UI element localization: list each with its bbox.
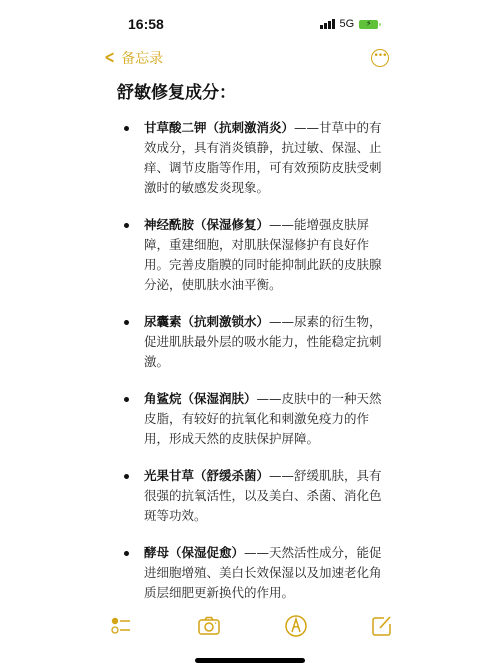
ingredient-list: 甘草酸二钾（抗刺激消炎）——甘草中的有效成分，具有消炎镇静，抗过敏、保湿、止痒、… bbox=[124, 118, 384, 620]
item-name: 尿囊素（抗刺激锁水） bbox=[144, 314, 269, 329]
list-item: 光果甘草（舒缓杀菌）——舒缓肌肤，具有很强的抗氧活性，以及美白、杀菌、消化色斑等… bbox=[124, 466, 384, 526]
item-name: 酵母（保湿促愈） bbox=[144, 545, 244, 560]
markup-button[interactable] bbox=[284, 614, 308, 638]
list-item: 神经酰胺（保湿修复）——能增强皮肤屏障，重建细胞，对肌肤保湿修护有良好作用。完善… bbox=[124, 215, 384, 295]
chevron-left-icon: < bbox=[104, 49, 115, 67]
status-time: 16:58 bbox=[128, 16, 164, 32]
battery-charging-icon: ⚡ bbox=[359, 20, 378, 29]
bullet-icon bbox=[124, 126, 129, 131]
list-item: 角鲨烷（保湿润肤）——皮肤中的一种天然皮脂，有较好的抗氧化和刺激免疫力的作用，形… bbox=[124, 389, 384, 449]
markup-pen-icon bbox=[284, 614, 308, 638]
bottom-toolbar bbox=[0, 614, 500, 640]
bullet-icon bbox=[124, 223, 129, 228]
camera-icon bbox=[197, 614, 221, 638]
back-button[interactable]: < 备忘录 bbox=[102, 48, 163, 68]
bullet-icon bbox=[124, 320, 129, 325]
compose-button[interactable] bbox=[370, 614, 394, 638]
bullet-icon bbox=[124, 397, 129, 402]
status-indicators: 5G ⚡ bbox=[320, 18, 378, 30]
item-name: 角鲨烷（保湿润肤） bbox=[144, 391, 257, 406]
item-name: 光果甘草（舒缓杀菌） bbox=[144, 468, 269, 483]
checklist-icon bbox=[110, 614, 134, 638]
item-name: 甘草酸二钾（抗刺激消炎） bbox=[144, 120, 294, 135]
status-bar: 16:58 5G ⚡ bbox=[0, 14, 500, 36]
nav-bar: < 备忘录 ••• bbox=[0, 48, 500, 70]
list-item: 尿囊素（抗刺激锁水）——尿素的衍生物，促进肌肤最外层的吸水能力，性能稳定抗刺激。 bbox=[124, 312, 384, 372]
checklist-button[interactable] bbox=[110, 614, 134, 638]
note-title: 舒敏修复成分： bbox=[117, 78, 236, 103]
more-button[interactable]: ••• bbox=[371, 49, 389, 67]
bullet-icon bbox=[124, 474, 129, 479]
ellipsis-icon: ••• bbox=[374, 52, 387, 61]
back-label: 备忘录 bbox=[121, 48, 163, 68]
list-item: 甘草酸二钾（抗刺激消炎）——甘草中的有效成分，具有消炎镇静，抗过敏、保湿、止痒、… bbox=[124, 118, 384, 198]
signal-bars-icon bbox=[320, 19, 335, 29]
bullet-icon bbox=[124, 551, 129, 556]
camera-button[interactable] bbox=[197, 614, 221, 638]
item-name: 神经酰胺（保湿修复） bbox=[144, 217, 269, 232]
home-indicator[interactable] bbox=[195, 658, 305, 663]
compose-icon bbox=[370, 614, 394, 638]
list-item: 酵母（保湿促愈）——天然活性成分，能促进细胞增殖、美白长效保湿以及加速老化角质层… bbox=[124, 543, 384, 603]
network-type: 5G bbox=[340, 18, 355, 30]
